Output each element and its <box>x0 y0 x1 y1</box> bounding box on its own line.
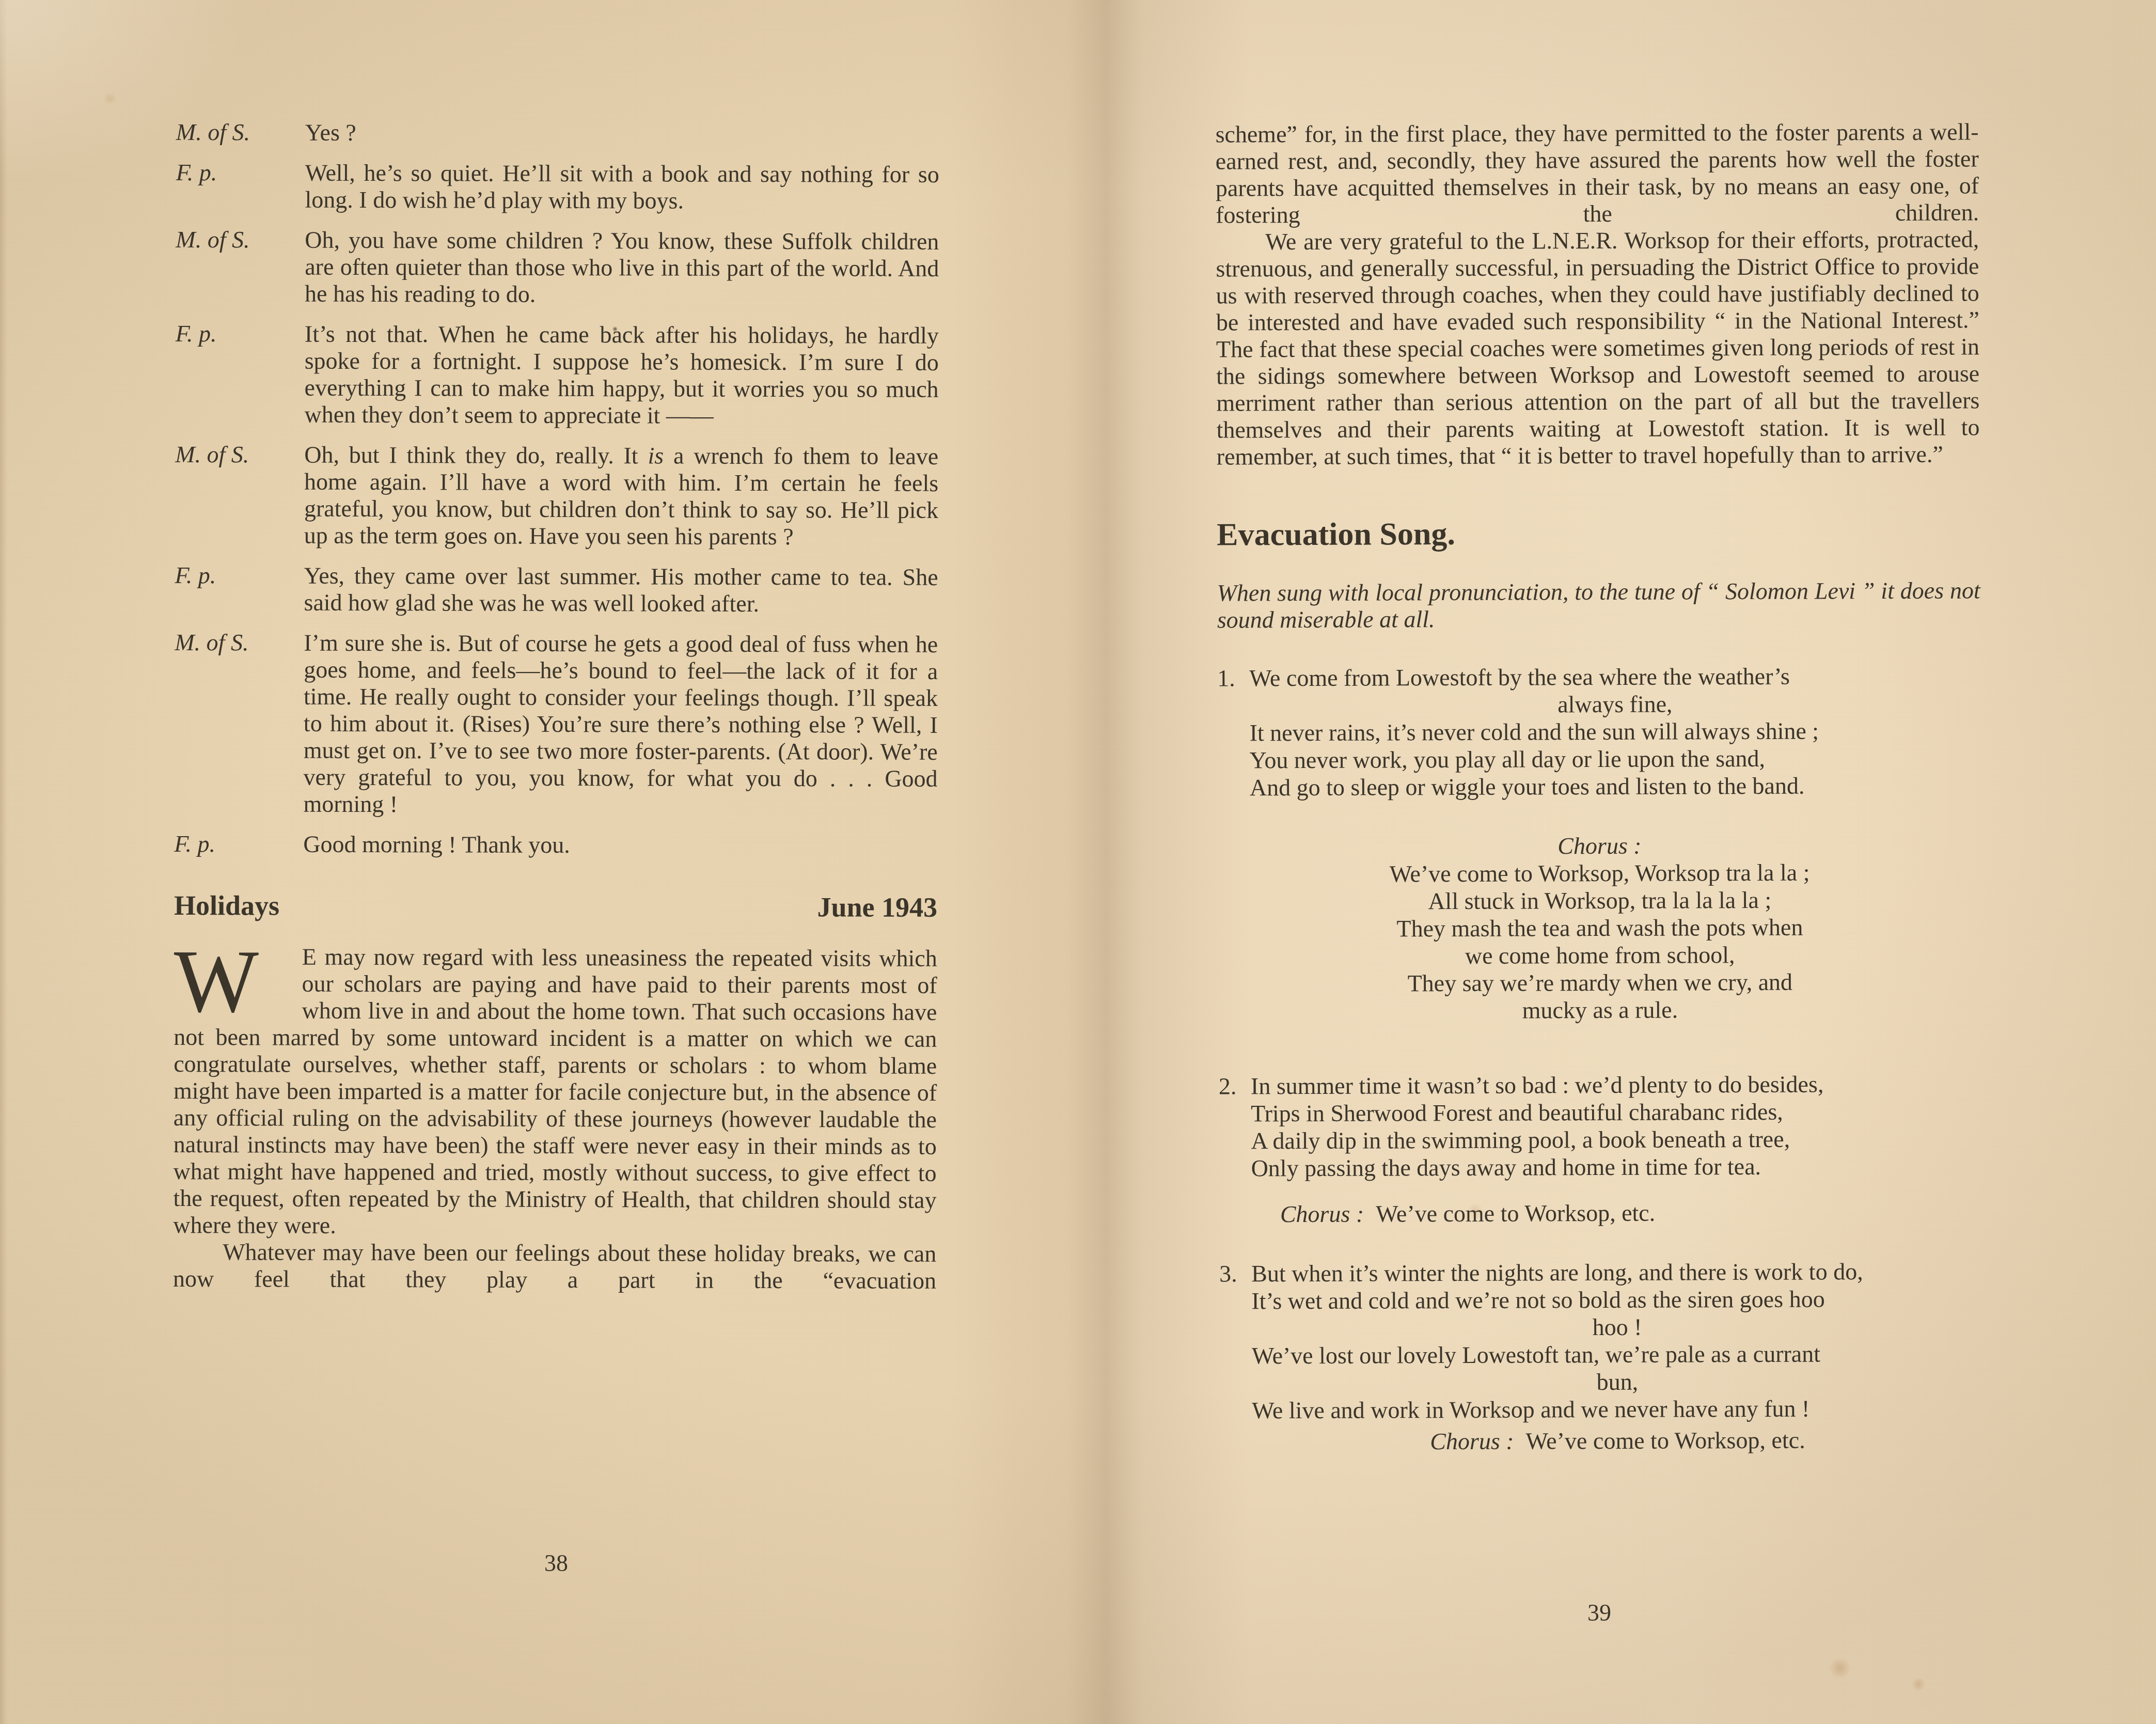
page-number-left: 38 <box>175 1549 938 1577</box>
verse-line: We live and work in Worksop and we never… <box>1252 1394 1983 1424</box>
chorus-ref-text: We’ve come to Worksop, etc. <box>1376 1200 1655 1227</box>
verse-line: A daily dip in the swimming pool, a book… <box>1251 1124 1982 1154</box>
chorus-label: Chorus : <box>1341 831 1858 860</box>
verse-2: 2.In summer time it wasn’t so bad : we’d… <box>1219 1070 1982 1228</box>
chorus-line: We’ve come to Worksop, Worksop tra la la… <box>1341 858 1858 887</box>
verse-line: always fine, <box>1249 689 1980 719</box>
verse-line: hoo ! <box>1252 1312 1983 1342</box>
right-page: scheme” for, in the first place, they ha… <box>1215 118 1983 1455</box>
verse-line: bun, <box>1252 1367 1983 1397</box>
chorus-line: we come home from school, <box>1342 941 1858 969</box>
verse-line: Only passing the days away and home in t… <box>1251 1152 1982 1182</box>
verse-line: You never work, you play all day or lie … <box>1250 744 1981 774</box>
verse-line: 1.We come from Lowestoft by the sea wher… <box>1249 662 1980 692</box>
foxing-spot <box>1911 1678 1926 1691</box>
dialogue-entry: M. of S. Oh, you have some children ? Yo… <box>176 226 939 309</box>
dialogue-entry: M. of S. Yes ? <box>176 119 939 148</box>
dialogue-text: Yes, they came over last summer. His mot… <box>304 562 938 618</box>
chorus-reference: Chorus : We’ve come to Worksop, etc. <box>1251 1198 1982 1228</box>
verse-line: 3.But when it’s winter the nights are lo… <box>1251 1257 1982 1287</box>
chorus-line: They mash the tea and wash the pots when <box>1342 913 1858 942</box>
speaker-label: F. p. <box>174 830 303 858</box>
chorus-ref-label: Chorus : <box>1280 1201 1364 1228</box>
dialogue-list: M. of S. Yes ? F. p. Well, he’s so quiet… <box>174 119 939 859</box>
dialogue-text: Good morning ! Thank you. <box>303 831 937 859</box>
dialogue-entry: F. p. Yes, they came over last summer. H… <box>175 562 938 618</box>
speaker-label: M. of S. <box>174 629 304 818</box>
speaker-label: F. p. <box>175 562 304 616</box>
dialogue-text: It’s not that. When he came back after h… <box>304 321 939 430</box>
gratitude-paragraph: We are very grateful to the L.N.E.R. Wor… <box>1216 226 1980 470</box>
dialogue-text: Oh, but I think they do, really. It is a… <box>304 442 939 551</box>
emphasized-word: is <box>648 442 664 468</box>
chorus-line: mucky as a rule. <box>1342 995 1858 1024</box>
book-spread: { "left": { "dialogue": [ {"speaker": "M… <box>0 0 2156 1724</box>
dialogue-entry: F. p. Well, he’s so quiet. He’ll sit wit… <box>176 159 939 215</box>
left-page: M. of S. Yes ? F. p. Well, he’s so quiet… <box>173 119 939 1294</box>
carryover-paragraph: scheme” for, in the first place, they ha… <box>1215 118 1979 228</box>
speaker-label: M. of S. <box>175 441 305 549</box>
speaker-label: F. p. <box>176 159 305 213</box>
verse-3: 3.But when it’s winter the nights are lo… <box>1219 1257 1983 1455</box>
lead-paragraph: WE may now regard with less uneasiness t… <box>173 943 937 1241</box>
verse-line: Trips in Sherwood Forest and beautiful c… <box>1251 1097 1982 1127</box>
dialogue-entry: M. of S. I’m sure she is. But of course … <box>174 629 938 819</box>
verse-number: 3. <box>1219 1260 1237 1287</box>
chorus-line: They say we’re mardy when we cry, and <box>1342 968 1858 997</box>
dialogue-text: Yes ? <box>305 119 939 148</box>
continuation-paragraph: Whatever may have been our feelings abou… <box>173 1239 936 1294</box>
chorus-line: All stuck in Worksop, tra la la la la ; <box>1342 886 1858 915</box>
chorus-block: Chorus : We’ve come to Worksop, Worksop … <box>1341 831 1858 1024</box>
foxing-spot <box>103 93 117 104</box>
dialogue-entry: M. of S. Oh, but I think they do, really… <box>175 441 939 551</box>
speaker-label: M. of S. <box>176 119 305 146</box>
dialogue-entry: F. p. Good morning ! Thank you. <box>174 830 937 859</box>
section-title: Holidays <box>174 890 279 921</box>
song-heading: Evacuation Song. <box>1217 514 1980 553</box>
speaker-label: F. p. <box>175 320 305 428</box>
verse-line: It never rains, it’s never cold and the … <box>1250 716 1981 746</box>
dialogue-entry: F. p. It’s not that. When he came back a… <box>175 320 939 430</box>
verse-number: 2. <box>1219 1072 1237 1100</box>
chorus-reference: Chorus : We’ve come to Worksop, etc. <box>1252 1425 1983 1455</box>
verse-line: It’s wet and cold and we’re not so bold … <box>1251 1284 1982 1314</box>
verse-line: 2.In summer time it wasn’t so bad : we’d… <box>1251 1070 1982 1100</box>
dialogue-text: I’m sure she is. But of course he gets a… <box>303 630 938 819</box>
section-date: June 1943 <box>817 892 937 922</box>
verse-line: We’ve lost our lovely Lowestoft tan, we’… <box>1252 1339 1983 1369</box>
foxing-spot <box>1828 1658 1852 1679</box>
dropcap-letter: W <box>174 943 302 1022</box>
chorus-ref-text: We’ve come to Worksop, etc. <box>1525 1427 1805 1454</box>
dialogue-text: Well, he’s so quiet. He’ll sit with a bo… <box>305 160 939 215</box>
section-heading: Holidays June 1943 <box>174 890 937 922</box>
verse-1: 1.We come from Lowestoft by the sea wher… <box>1217 662 1981 801</box>
verse-number: 1. <box>1217 664 1235 692</box>
verse-line: And go to sleep or wiggle your toes and … <box>1250 771 1981 801</box>
dialogue-text: Oh, you have some children ? You know, t… <box>305 227 939 309</box>
chorus-ref-label: Chorus : <box>1430 1428 1514 1455</box>
speaker-label: M. of S. <box>176 226 305 307</box>
song-intro: When sung with local pronunciation, to t… <box>1217 577 1980 633</box>
page-number-right: 39 <box>1218 1599 1981 1626</box>
